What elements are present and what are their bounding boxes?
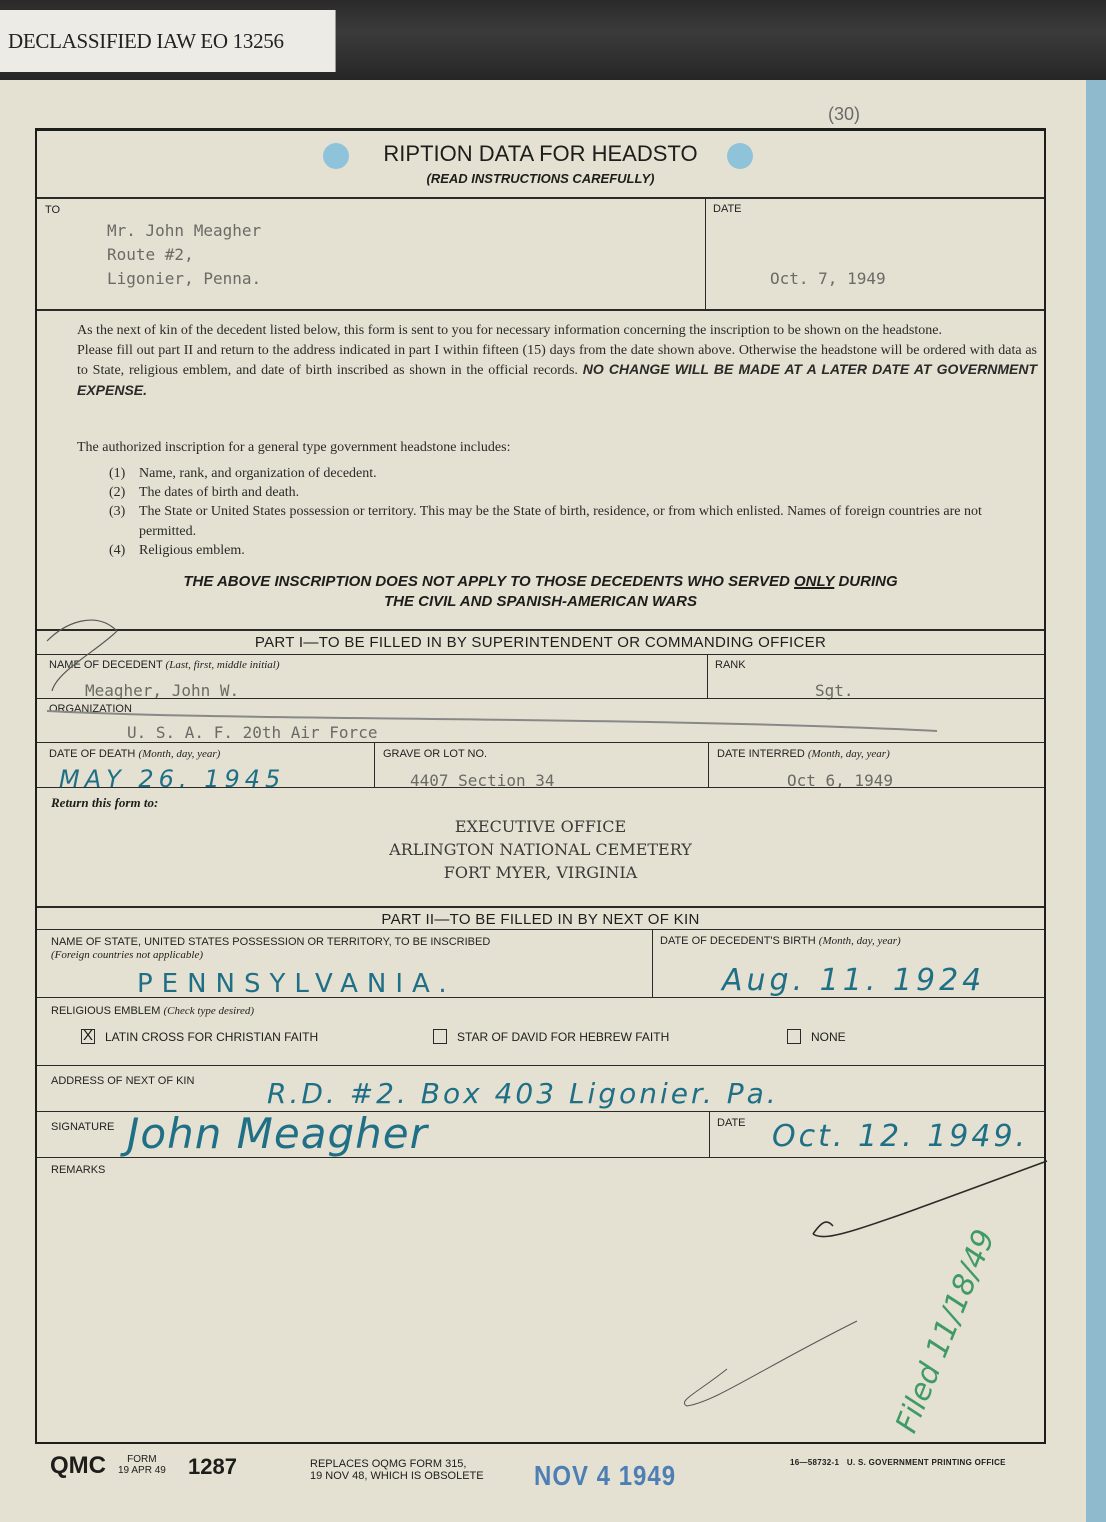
headstone-inscription-form: RIPTION DATA FOR HEADSTO (READ INSTRUCTI… (35, 128, 1046, 1444)
pen-marks (37, 131, 1048, 1447)
printer-info: 16—58732-1 U. S. GOVERNMENT PRINTING OFF… (790, 1458, 1006, 1467)
form-number: 1287 (188, 1454, 237, 1480)
form-date-block: FORM 19 APR 49 (118, 1454, 166, 1476)
replaces-note: REPLACES OQMG FORM 315, 19 NOV 48, WHICH… (310, 1458, 484, 1482)
page-number: (30) (828, 104, 860, 125)
received-date-stamp: NOV 4 1949 (534, 1461, 676, 1493)
declassification-label: DECLASSIFIED IAW EO 13256 (0, 10, 336, 72)
form-agency: QMC (50, 1452, 106, 1480)
